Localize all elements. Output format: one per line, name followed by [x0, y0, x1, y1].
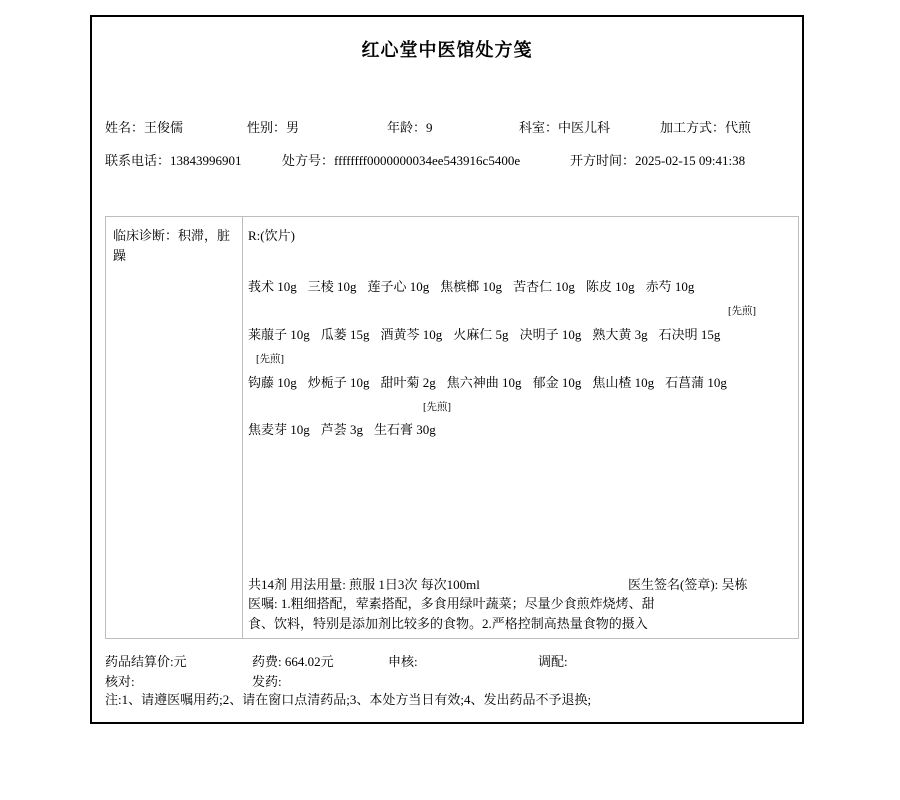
herb-entry: 焦槟榔 10g — [440, 279, 502, 294]
field-name: 姓名：王俊儒 — [105, 117, 183, 136]
fee-label: 药费: — [252, 654, 285, 669]
field-age-label: 年龄： — [387, 120, 426, 135]
field-issue-time: 开方时间：2025-02-15 09:41:38 — [570, 150, 745, 169]
herb-entry: 三棱 10g — [308, 279, 357, 294]
prescription-table: 临床诊断：积滞，脏躁 R:(饮片) 莪术 10g三棱 10g莲子心 10g焦槟榔… — [105, 216, 799, 639]
medicine-line-1: 莪术 10g三棱 10g莲子心 10g焦槟榔 10g苦杏仁 10g陈皮 10g赤… — [248, 276, 705, 295]
herb-entry: 甜叶菊 2g — [381, 375, 436, 390]
diagnosis-cell: 临床诊断：积滞，脏躁 — [106, 217, 243, 638]
patient-info-row-1: 姓名：王俊儒 性别：男 年龄：9 科室：中医儿科 加工方式：代煎 — [92, 117, 802, 135]
herb-entry: 焦山楂 10g — [592, 375, 654, 390]
herb-entry: 决明子 10g — [520, 327, 582, 342]
medicine-line-3: 钩藤 10g炒栀子 10g甜叶菊 2g焦六神曲 10g郁金 10g焦山楂 10g… — [248, 372, 738, 391]
decoct-first-tag: [先煎] — [106, 303, 798, 318]
herb-entry: 焦麦芽 10g — [248, 422, 310, 437]
herb-entry: 钩藤 10g — [248, 375, 297, 390]
herb-entry: 苦杏仁 10g — [513, 279, 575, 294]
field-name-label: 姓名： — [105, 120, 144, 135]
field-prescription-no-label: 处方号： — [282, 153, 334, 168]
page-title: 红心堂中医馆处方笺 — [92, 36, 802, 62]
field-age: 年龄：9 — [387, 117, 433, 136]
herb-entry: 郁金 10g — [533, 375, 582, 390]
doctor-signature-label: 医生签名(签章): — [628, 577, 722, 592]
decoct-first-tag: [先煎] — [256, 351, 284, 366]
herb-entry: 陈皮 10g — [586, 279, 635, 294]
field-name-value: 王俊儒 — [144, 120, 183, 135]
field-gender: 性别：男 — [247, 117, 299, 136]
field-department-value: 中医儿科 — [558, 120, 610, 135]
field-gender-label: 性别： — [247, 120, 286, 135]
field-phone-label: 联系电话： — [105, 153, 170, 168]
footer-row-1: 药品结算价:元 药费: 664.02元 申核: 调配: — [92, 651, 802, 669]
field-phone: 联系电话：13843996901 — [105, 150, 242, 169]
footer-row-3: 注:1、请遵医嘱用药;2、请在窗口点清药品;3、本处方当日有效;4、发出药品不予… — [92, 689, 802, 707]
herb-entry: 赤芍 10g — [646, 279, 695, 294]
doctor-signature: 医生签名(签章): 吴栋 — [628, 574, 748, 593]
patient-info-row-2: 联系电话：13843996901 处方号：ffffffff0000000034e… — [92, 150, 802, 168]
prescription-page: 红心堂中医馆处方笺 姓名：王俊儒 性别：男 年龄：9 科室：中医儿科 加工方式：… — [0, 0, 900, 800]
doctor-signature-name: 吴栋 — [722, 577, 748, 592]
usage-line: 共14剂 用法用量: 煎服 1日3次 每次100ml — [248, 574, 480, 593]
field-prescription-no-value: ffffffff0000000034ee543916c5400e — [334, 153, 520, 168]
field-issue-time-value: 2025-02-15 09:41:38 — [635, 153, 745, 168]
prescription-border: 红心堂中医馆处方笺 姓名：王俊儒 性别：男 年龄：9 科室：中医儿科 加工方式：… — [90, 15, 804, 724]
review-field: 申核: — [388, 651, 418, 670]
herb-entry: 熟大黄 3g — [592, 327, 647, 342]
herb-entry: 焦六神曲 10g — [447, 375, 522, 390]
field-prescription-no: 处方号：ffffffff0000000034ee543916c5400e — [282, 150, 520, 169]
check-field: 核对: — [105, 671, 135, 690]
field-processing-method-label: 加工方式： — [660, 120, 725, 135]
field-processing-method: 加工方式：代煎 — [660, 117, 751, 136]
herb-entry: 火麻仁 5g — [453, 327, 508, 342]
prepare-field: 调配: — [538, 651, 568, 670]
herb-entry: 酒黄芩 10g — [381, 327, 443, 342]
settlement-price-field: 药品结算价:元 — [105, 651, 187, 670]
field-phone-value: 13843996901 — [170, 153, 242, 168]
field-gender-value: 男 — [286, 120, 299, 135]
herb-entry: 石菖蒲 10g — [665, 375, 727, 390]
medicine-line-2: 莱菔子 10g瓜蒌 15g酒黄芩 10g火麻仁 5g决明子 10g熟大黄 3g石… — [248, 324, 731, 343]
field-department: 科室：中医儿科 — [519, 117, 610, 136]
field-issue-time-label: 开方时间： — [570, 153, 635, 168]
medicine-line-4: 焦麦芽 10g芦荟 3g生石膏 30g — [248, 419, 447, 438]
herb-entry: 石决明 15g — [659, 327, 721, 342]
herb-entry: 莪术 10g — [248, 279, 297, 294]
rp-header: R:(饮片) — [248, 225, 295, 244]
herb-entry: 莱菔子 10g — [248, 327, 310, 342]
dispense-field: 发药: — [252, 671, 282, 690]
fee-field: 药费: 664.02元 — [252, 651, 334, 670]
fee-value: 664.02元 — [285, 654, 334, 669]
field-processing-method-value: 代煎 — [725, 120, 751, 135]
diagnosis-label: 临床诊断： — [113, 228, 178, 243]
field-age-value: 9 — [426, 120, 433, 135]
medical-advice: 医嘱: 1.粗细搭配，荤素搭配，多食用绿叶蔬菜；尽量少食煎炸烧烤、甜食、饮料，特… — [248, 594, 672, 634]
footer-row-2: 核对: 发药: — [92, 671, 802, 689]
herb-entry: 莲子心 10g — [368, 279, 430, 294]
herb-entry: 瓜蒌 15g — [321, 327, 370, 342]
herb-entry: 炒栀子 10g — [308, 375, 370, 390]
footer-note: 注:1、请遵医嘱用药;2、请在窗口点清药品;3、本处方当日有效;4、发出药品不予… — [105, 689, 591, 708]
herb-entry: 芦荟 3g — [321, 422, 363, 437]
decoct-first-tag: [先煎] — [423, 399, 451, 414]
field-department-label: 科室： — [519, 120, 558, 135]
herb-entry: 生石膏 30g — [374, 422, 436, 437]
